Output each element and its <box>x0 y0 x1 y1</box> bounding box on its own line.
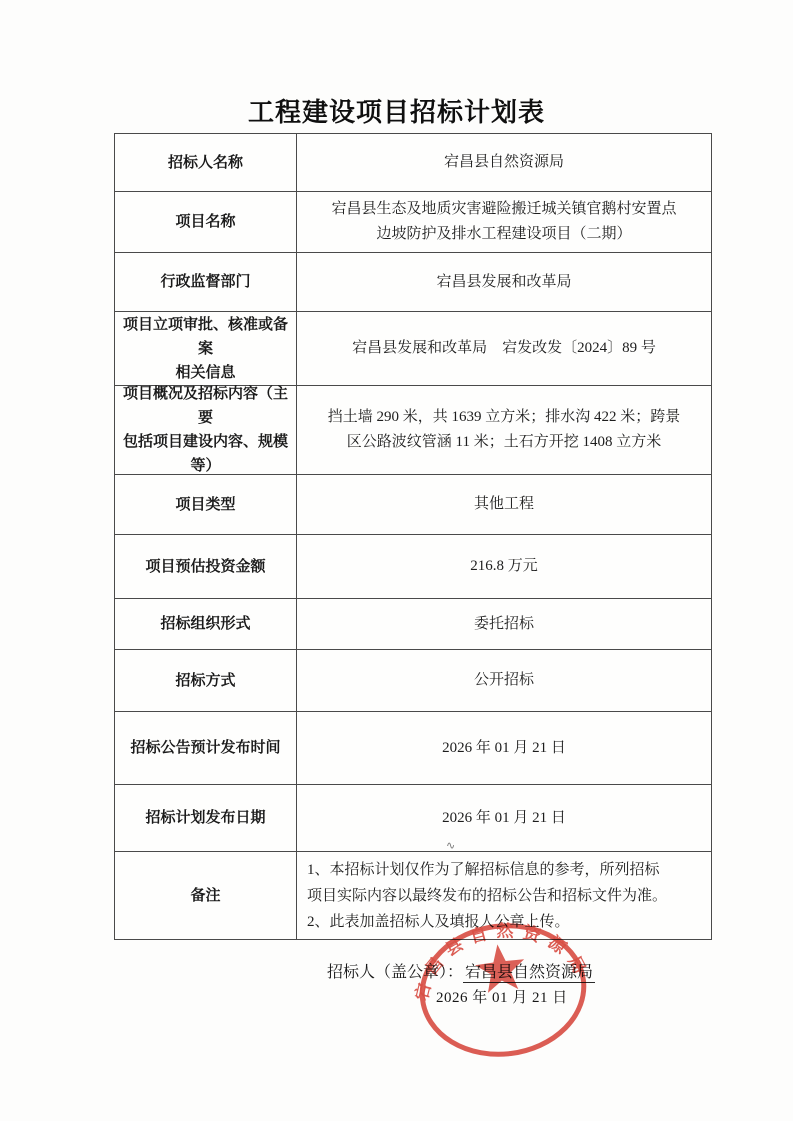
row-value: 委托招标 <box>297 599 711 649</box>
row-value: 2026 年 01 月 21 日 <box>297 712 711 784</box>
row-label: 项目类型 <box>115 475 297 534</box>
table-row-bidding-method: 招标方式 公开招标 <box>115 650 711 712</box>
signer-label: 招标人（盖公章）： <box>327 964 463 981</box>
row-label: 招标计划发布日期 <box>115 785 297 851</box>
row-label: 招标方式 <box>115 650 297 711</box>
row-label: 项目立项审批、核准或备案 相关信息 <box>115 312 297 385</box>
table-row-approval-info: 项目立项审批、核准或备案 相关信息 宕昌县发展和改革局 宕发改发〔2024〕89… <box>115 312 711 386</box>
row-label: 项目预估投资金额 <box>115 535 297 598</box>
page-title: 工程建设项目招标计划表 <box>0 92 793 129</box>
table-row-project-overview: 项目概况及招标内容（主要 包括项目建设内容、规模 等） 挡土墙 290 米，共 … <box>115 386 711 475</box>
row-value: 宕昌县发展和改革局 <box>297 253 711 311</box>
row-value: 216.8 万元 <box>297 535 711 598</box>
signature-line: 招标人（盖公章）：宕昌县自然资源局 <box>327 962 595 984</box>
table-row-supervising-department: 行政监督部门 宕昌县发展和改革局 <box>115 253 711 312</box>
document-page: 工程建设项目招标计划表 招标人名称 宕昌县自然资源局 项目名称 宕昌县生态及地质… <box>0 0 793 1121</box>
table-row-announcement-date: 招标公告预计发布时间 2026 年 01 月 21 日 <box>115 712 711 785</box>
table-row-bidder-name: 招标人名称 宕昌县自然资源局 <box>115 134 711 192</box>
row-label: 招标人名称 <box>115 134 297 191</box>
row-value: 宕昌县发展和改革局 宕发改发〔2024〕89 号 <box>297 312 711 385</box>
row-label: 招标公告预计发布时间 <box>115 712 297 784</box>
table-row-project-type: 项目类型 其他工程 <box>115 475 711 535</box>
row-label: 备注 <box>115 852 297 939</box>
row-value: 宕昌县生态及地质灾害避险搬迁城关镇官鹅村安置点 边坡防护及排水工程建设项目（二期… <box>297 192 711 252</box>
row-value: 1、本招标计划仅作为了解招标信息的参考，所列招标 项目实际内容以最终发布的招标公… <box>297 852 711 939</box>
row-label: 行政监督部门 <box>115 253 297 311</box>
row-value: 公开招标 <box>297 650 711 711</box>
table-row-estimated-investment: 项目预估投资金额 216.8 万元 <box>115 535 711 599</box>
row-value: 挡土墙 290 米，共 1639 立方米；排水沟 422 米；跨景 区公路波纹管… <box>297 386 711 474</box>
row-label: 招标组织形式 <box>115 599 297 649</box>
row-value: 宕昌县自然资源局 <box>297 134 711 191</box>
row-value: 其他工程 <box>297 475 711 534</box>
table-row-plan-publish-date: 招标计划发布日期 2026 年 01 月 21 日 <box>115 785 711 852</box>
signer-name: 宕昌县自然资源局 <box>463 964 595 983</box>
bidding-plan-table: 招标人名称 宕昌县自然资源局 项目名称 宕昌县生态及地质灾害避险搬迁城关镇官鹅村… <box>114 133 712 940</box>
row-value: 2026 年 01 月 21 日 <box>297 785 711 851</box>
table-row-remarks: 备注 1、本招标计划仅作为了解招标信息的参考，所列招标 项目实际内容以最终发布的… <box>115 852 711 939</box>
row-label: 项目名称 <box>115 192 297 252</box>
row-label: 项目概况及招标内容（主要 包括项目建设内容、规模 等） <box>115 386 297 474</box>
signature-date: 2026 年 01 月 21 日 <box>436 988 568 1008</box>
table-row-organization-form: 招标组织形式 委托招标 <box>115 599 711 650</box>
stray-pen-mark: ∿ <box>446 840 464 852</box>
table-row-project-name: 项目名称 宕昌县生态及地质灾害避险搬迁城关镇官鹅村安置点 边坡防护及排水工程建设… <box>115 192 711 253</box>
